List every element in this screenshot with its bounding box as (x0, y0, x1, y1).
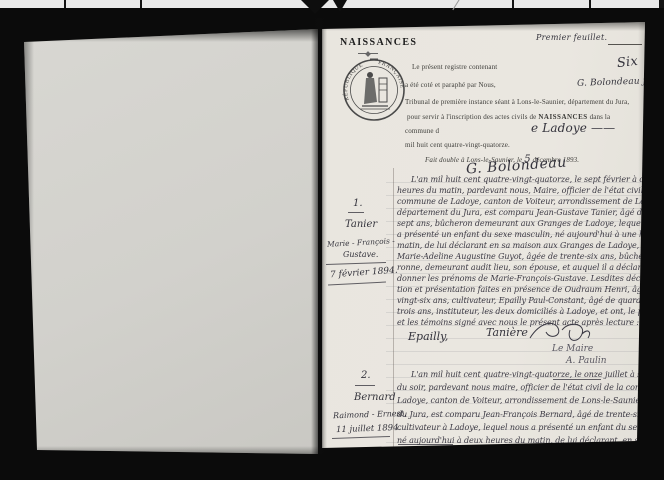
film-tick-mark (512, 0, 514, 8)
printed-text: pour servir à l'inscription des actes ci… (407, 113, 536, 121)
page-edge-shadow (20, 26, 34, 454)
film-pointer-triangle-small (333, 0, 347, 12)
page-edge-shadow (20, 26, 318, 42)
microfilm-frame: NAISSANCES Premier feuillet. RÉPUBLIQUE … (0, 0, 664, 480)
act1-margin-number: 1. (353, 198, 363, 209)
handwritten-line: ronne, demeurant audit lieu, son épouse,… (397, 262, 663, 273)
seal-figure (360, 72, 390, 109)
acte-type-label: NAISSANCES (538, 113, 587, 121)
ink-underline (553, 379, 601, 380)
father-signature-taniere: Tanière (486, 326, 528, 339)
title-ornament (358, 53, 378, 54)
left-blank-page (20, 26, 318, 454)
film-tick-mark (64, 0, 66, 8)
ink-underline (326, 262, 386, 265)
act2-text-block: L'an mil huit cent quatre-vingt-quatorze… (397, 368, 663, 447)
act2-margin-surname: Bernard (354, 392, 396, 403)
printed-text: a été coté et paraphé par Nous, (405, 81, 496, 89)
page-edge-shadow (318, 20, 664, 31)
margin-rule-line (393, 168, 394, 448)
ink-underline (332, 436, 390, 439)
preamble-line-3: Tribunal de première instance séant à Lo… (405, 98, 629, 106)
seal-text-left: RÉPUBLIQUE (341, 62, 364, 101)
preamble-line-1: Le présent registre contenant Six feuill… (412, 63, 497, 71)
film-pointer-triangle-large (301, 0, 329, 14)
handwritten-line: sept ans, bûcheron demeurant aux Granges… (397, 218, 663, 229)
printed-text: commune d (405, 127, 439, 135)
handwritten-judge-name: G. Bolondeau juge ppt (577, 75, 664, 89)
handwritten-line: du soir, pardevant nous maire, officier … (397, 381, 663, 394)
handwritten-line: vingt-six ans, cultivateur, Epailly Paul… (397, 295, 663, 306)
film-tick-mark (589, 0, 591, 8)
handwritten-line: département du Jura, est comparu Jean-Gu… (397, 207, 663, 218)
handwritten-line: donner les prénoms de Marie-François-Gus… (397, 273, 663, 284)
film-edge-strip (0, 0, 664, 8)
preamble-line-4: pour servir à l'inscription des actes ci… (407, 113, 610, 121)
handwritten-line: né aujourd'hui à deux heures du matin, d… (397, 434, 663, 447)
act1-text-block: L'an mil huit cent quatre-vingt-quatorze… (397, 174, 663, 328)
handwritten-line: matin, de lui déclarant en sa maison aux… (397, 240, 663, 251)
printed-text: Le présent registre contenant (412, 63, 497, 71)
handwritten-line: commune de Ladoye, canton de Voiteur, ar… (397, 196, 663, 207)
folio-label: Premier feuillet. (536, 33, 607, 42)
mayor-signature: A. Paulin (566, 356, 607, 366)
printed-text: pendant l'année (655, 127, 664, 135)
preamble-line-5: commune d e Ladoye —— pendant l'année (405, 127, 439, 135)
handwritten-line: cultivateur à Ladoye, lequel nous a prés… (397, 421, 663, 434)
handwritten-line: trois ans, instituteur, les deux domicil… (397, 306, 663, 317)
book-gutter (311, 18, 327, 454)
page-title: NAISSANCES (340, 37, 417, 48)
handwritten-line: L'an mil huit cent quatre-vingt-quatorze… (397, 174, 663, 185)
handwritten-line: tion et présentation faites en présence … (397, 284, 663, 295)
act2-margin-number: 2. (361, 370, 371, 381)
folio-underline (608, 44, 642, 45)
handwritten-line: a présenté un enfant du sexe masculin, n… (397, 229, 663, 240)
handwritten-commune-name: e Ladoye —— (531, 121, 615, 135)
preamble-line-2: a été coté et paraphé par Nous, G. Bolon… (405, 81, 496, 89)
handwritten-line: Marie-Adeline Augustine Guyot, âgée de t… (397, 251, 663, 262)
register-page: NAISSANCES Premier feuillet. RÉPUBLIQUE … (318, 20, 664, 450)
preamble-line-6: mil huit cent quatre-vingt-quatorze. (405, 141, 510, 149)
handwritten-folio-count: Six (616, 54, 638, 71)
ink-underline (398, 444, 453, 445)
film-tick-mark (659, 0, 664, 8)
mayor-title: Le Maire (552, 344, 593, 354)
ink-underline (348, 212, 364, 213)
printed-text: dans la (590, 113, 611, 121)
handwritten-line: heures du matin, pardevant nous, Maire, … (397, 185, 663, 196)
page-edge-shadow (20, 446, 318, 454)
act1-margin-given-names-2: Gustave. (343, 250, 378, 259)
act1-margin-given-names: Marie - François - (327, 236, 395, 249)
film-tick-mark (140, 0, 142, 8)
handwritten-line: Ladoye, canton de Voiteur, arrondissemen… (397, 394, 663, 407)
handwritten-line: du Jura, est comparu Jean-François Berna… (397, 408, 663, 421)
act1-margin-surname: Tanier (345, 219, 377, 230)
svg-text:RÉPUBLIQUE: RÉPUBLIQUE (341, 62, 364, 101)
handwritten-line: L'an mil huit cent quatre-vingt-quatorze… (397, 368, 663, 381)
ink-underline (355, 385, 375, 386)
ink-underline (328, 281, 386, 285)
republique-francaise-seal: RÉPUBLIQUE FRANÇAISE (340, 56, 408, 124)
witness-signature-epailly: Epailly, (408, 330, 448, 343)
